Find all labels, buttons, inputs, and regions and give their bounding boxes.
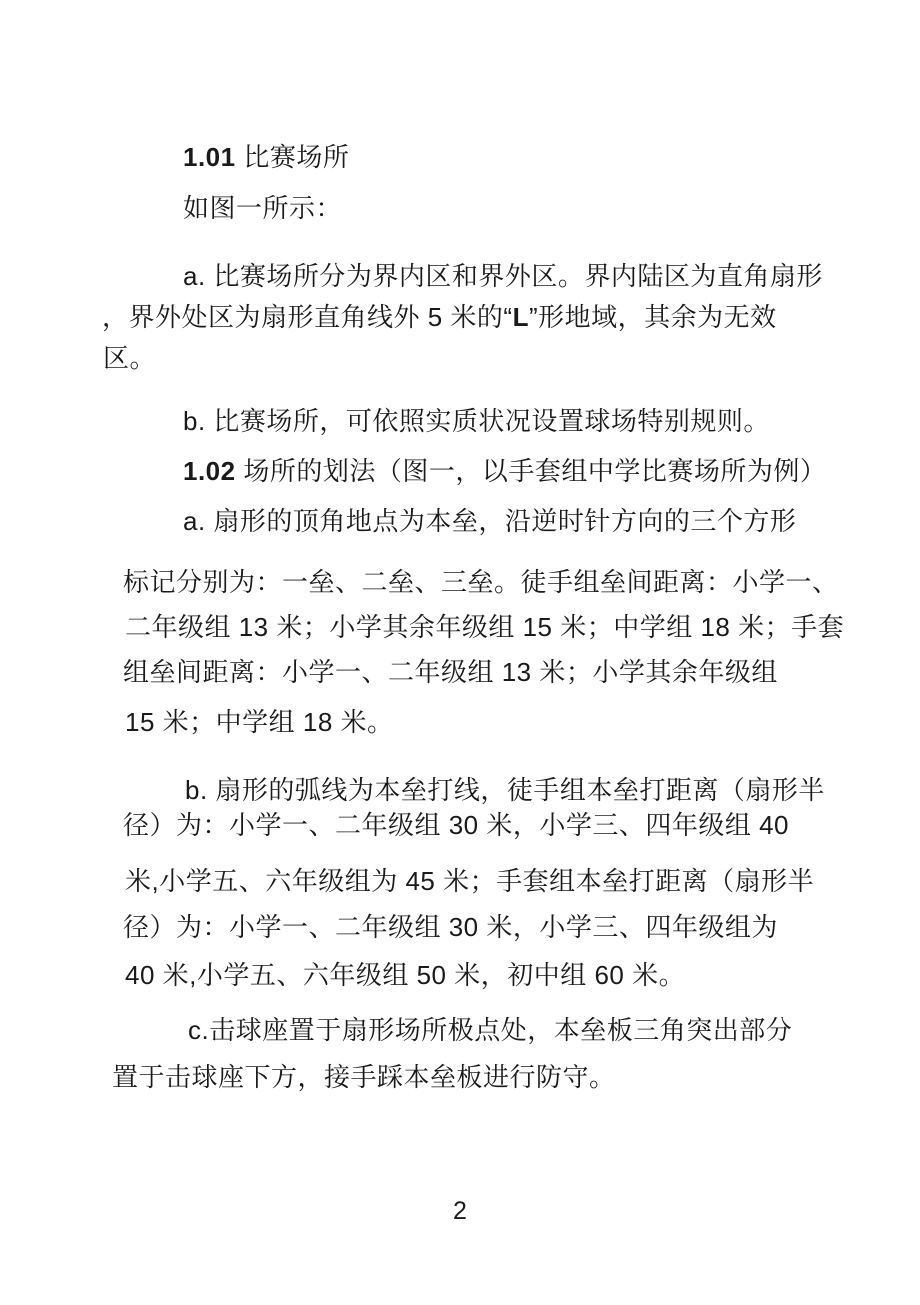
- text-line: 径）为：小学一、二年级组 30 米，小学三、四年级组 40: [123, 809, 789, 841]
- text-line: 15 米；中学组 18 米。: [125, 706, 394, 738]
- text-line: 如图一所示：: [183, 192, 342, 224]
- text-line: 组垒间距离：小学一、二年级组 13 米；小学其余年级组: [123, 656, 778, 688]
- l-shape-letter: L: [513, 302, 529, 332]
- document-page: 1.01 比赛场所 如图一所示： a. 比赛场所分为界内区和界外区。界内陆区为直…: [0, 0, 920, 1305]
- section-heading-1-02: 1.02 场所的划法（图一，以手套组中学比赛场所为例）: [183, 455, 826, 487]
- text-line: 区。: [103, 342, 156, 374]
- text-line: a. 比赛场所分为界内区和界外区。界内陆区为直角扇形: [183, 260, 823, 292]
- section-title: 比赛场所: [236, 142, 350, 172]
- text-line: 二年级组 13 米；小学其余年级组 15 米；中学组 18 米；手套: [125, 611, 844, 643]
- text-line: 径）为：小学一、二年级组 30 米，小学三、四年级组为: [123, 911, 778, 943]
- text-line: c.击球座置于扇形场所极点处，本垒板三角突出部分: [188, 1014, 792, 1046]
- text-line: 置于击球座下方，接手踩本垒板进行防守。: [112, 1061, 616, 1093]
- text-run: ”形地域，其余为无效: [529, 302, 777, 332]
- text-line: a. 扇形的顶角地点为本垒，沿逆时针方向的三个方形: [183, 505, 796, 537]
- section-number: 1.01: [183, 142, 236, 172]
- section-heading-1-01: 1.01 比赛场所: [183, 141, 349, 173]
- text-run: ，界外处区为扇形直角线外 5 米的“: [102, 302, 513, 332]
- section-title: 场所的划法（图一，以手套组中学比赛场所为例）: [236, 456, 827, 486]
- text-line: ，界外处区为扇形直角线外 5 米的“L”形地域，其余为无效: [102, 301, 777, 333]
- section-number: 1.02: [183, 456, 236, 486]
- text-line: b. 比赛场所，可依照实质状况设置球场特别规则。: [183, 405, 770, 437]
- text-line: 40 米,小学五、六年级组 50 米，初中组 60 米。: [125, 959, 685, 991]
- text-line: 标记分别为：一垒、二垒、三垒。徒手组垒间距离：小学一、: [123, 566, 839, 598]
- text-line: 米,小学五、六年级组为 45 米；手套组本垒打距离（扇形半: [125, 865, 814, 897]
- text-line: b. 扇形的弧线为本垒打线，徒手组本垒打距离（扇形半: [185, 774, 825, 806]
- page-number: 2: [0, 1196, 920, 1226]
